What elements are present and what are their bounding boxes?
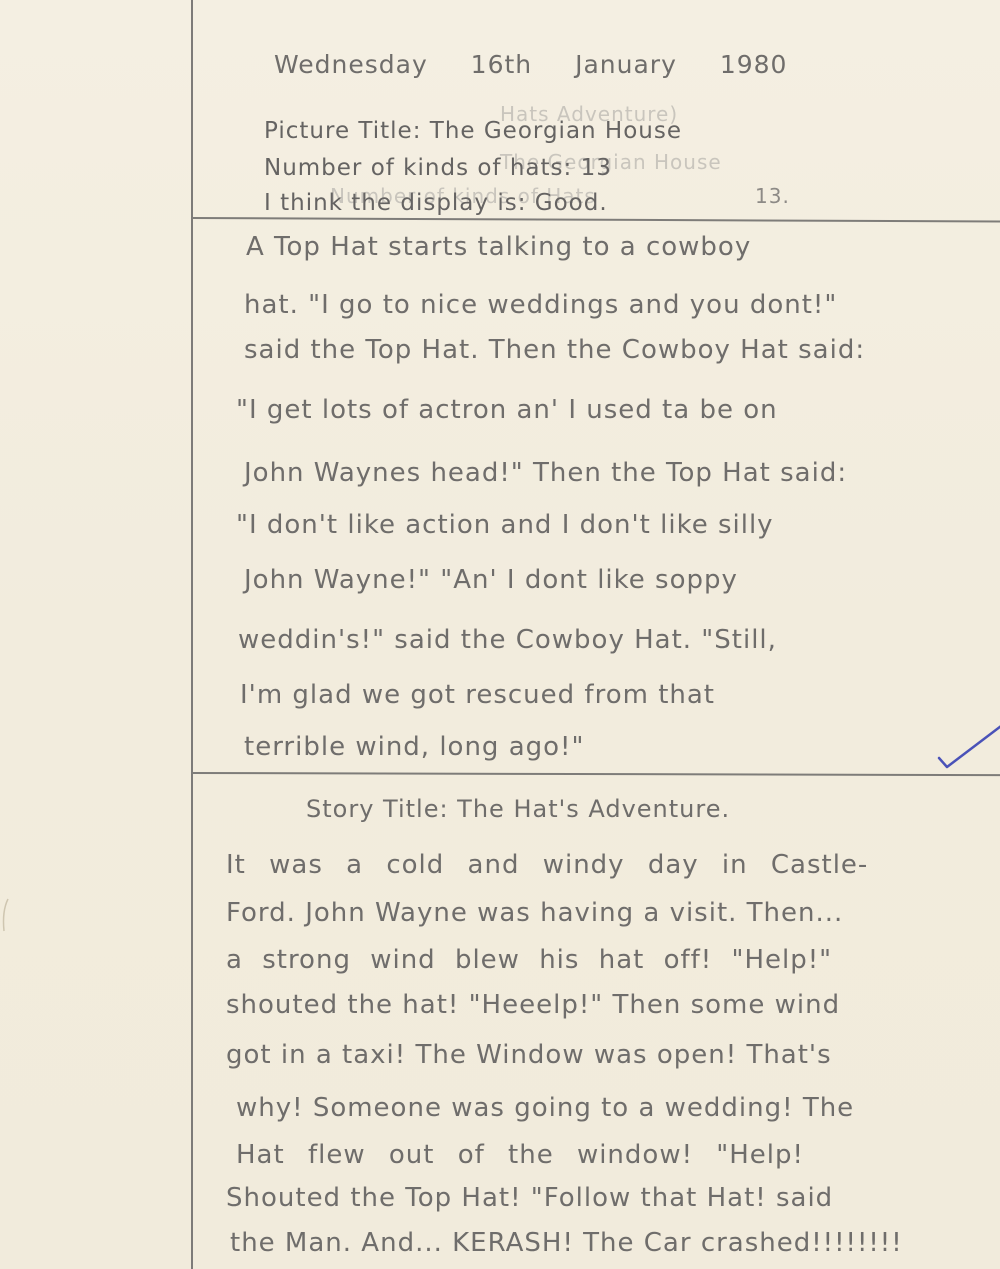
- picture-title-value: The Georgian House: [430, 118, 682, 144]
- story-line: Ford. John Wayne was having a visit. The…: [226, 898, 843, 928]
- story-line: shouted the hat! "Heeelp!" Then some win…: [226, 990, 840, 1020]
- story-line: got in a taxi! The Window was open! That…: [226, 1040, 832, 1070]
- dialogue-line: A Top Hat starts talking to a cowboy: [246, 232, 751, 262]
- story-line: Hat flew out of the window! "Help!: [236, 1140, 804, 1170]
- header-divider: [192, 217, 1000, 223]
- picture-title-label: Picture Title:: [264, 118, 421, 144]
- entry-date: Wednesday 16th January 1980: [274, 50, 787, 79]
- story-line: a strong wind blew his hat off! "Help!": [226, 945, 832, 975]
- ghost-text-count-value: 13.: [755, 184, 790, 208]
- dialogue-line: John Wayne!" "An' I dont like soppy: [244, 565, 738, 595]
- teacher-tick-icon: [935, 720, 1000, 775]
- story-line: It was a cold and windy day in Castle-: [226, 850, 868, 880]
- dialogue-line: "I don't like action and I don't like si…: [236, 510, 774, 540]
- margin-rule: [191, 0, 193, 1269]
- dialogue-line: John Waynes head!" Then the Top Hat said…: [244, 458, 847, 488]
- dialogue-line: hat. "I go to nice weddings and you dont…: [244, 290, 837, 320]
- hat-count-label: Number of kinds of hats:: [264, 155, 572, 181]
- edge-pencil-mark: [0, 895, 10, 935]
- story-line: Shouted the Top Hat! "Follow that Hat! s…: [226, 1183, 833, 1213]
- dialogue-line: weddin's!" said the Cowboy Hat. "Still,: [238, 625, 777, 655]
- dialogue-line: I'm glad we got rescued from that: [240, 680, 715, 710]
- dialogue-line: "I get lots of actron an' I used ta be o…: [236, 395, 778, 425]
- story-line: why! Someone was going to a wedding! The: [236, 1093, 854, 1123]
- section-divider: [192, 772, 1000, 776]
- dialogue-line: said the Top Hat. Then the Cowboy Hat sa…: [244, 335, 865, 365]
- hat-count-line: Number of kinds of hats: 13: [264, 155, 612, 181]
- hat-count-value: 13: [581, 155, 612, 181]
- dialogue-line: terrible wind, long ago!": [244, 732, 584, 762]
- story-line: the Man. And... KERASH! The Car crashed!…: [230, 1228, 903, 1258]
- display-opinion: I think the display is: Good.: [264, 190, 608, 216]
- notebook-page: Hats Adventure) The Georgian House Numbe…: [0, 0, 1000, 1269]
- story-title: Story Title: The Hat's Adventure.: [306, 795, 730, 823]
- picture-title-line: Picture Title: The Georgian House: [264, 118, 682, 144]
